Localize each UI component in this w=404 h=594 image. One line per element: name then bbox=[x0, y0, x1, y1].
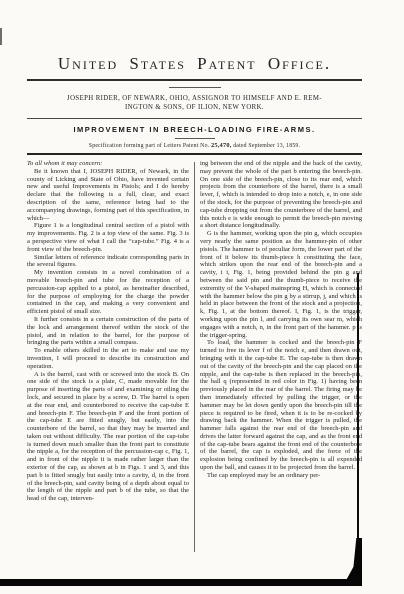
scan-artifact-left-mark bbox=[0, 28, 2, 45]
header-rule bbox=[27, 79, 362, 81]
column-divider bbox=[194, 162, 195, 552]
paragraph-salutation: To all whom it may concern: bbox=[27, 160, 189, 168]
paragraph: Similar letters of reference indicate co… bbox=[27, 254, 189, 270]
paragraph-continuation: ing between the end of the nipple and th… bbox=[200, 160, 362, 230]
grant-statement: JOSEPH RIDER, OF NEWARK, OHIO, ASSIGNOR … bbox=[27, 94, 362, 112]
title-divider-rule bbox=[175, 138, 215, 139]
patent-document-page: United States Patent Office. JOSEPH RIDE… bbox=[0, 0, 404, 594]
invention-title: IMPROVEMENT IN BREECH-LOADING FIRE-ARMS. bbox=[27, 125, 362, 134]
paragraph: The cap employed may be an ordinary per- bbox=[200, 472, 362, 480]
paragraph: It further consists in a certain constru… bbox=[27, 316, 189, 347]
grant-statement-line-1: JOSEPH RIDER, OF NEWARK, OHIO, ASSIGNOR … bbox=[27, 94, 362, 103]
column-left: To all whom it may concern: Be it known … bbox=[27, 160, 189, 553]
patent-number: 25,470, bbox=[211, 142, 232, 149]
paragraph: Figure 1 is a longitudinal central secti… bbox=[27, 222, 189, 253]
patent-office-title: United States Patent Office. bbox=[27, 54, 362, 74]
specification-prefix: Specification forming part of Letters Pa… bbox=[89, 143, 211, 149]
paragraph: My invention consists in a novel combina… bbox=[27, 269, 189, 316]
specification-suffix: dated September 13, 1859. bbox=[232, 143, 301, 149]
grant-rule bbox=[27, 118, 362, 119]
short-divider-rule bbox=[169, 87, 221, 88]
scan-artifact-bottom-bar bbox=[0, 579, 361, 586]
specification-line: Specification forming part of Letters Pa… bbox=[27, 142, 362, 149]
paragraph: To load, the hammer is cocked and the br… bbox=[200, 339, 362, 472]
column-right: ing between the end of the nipple and th… bbox=[200, 160, 362, 553]
paragraph: Be it known that I, JOSEPH RIDER, of New… bbox=[27, 168, 189, 223]
paragraph: G is the hammer, working upon the pin g,… bbox=[200, 230, 362, 339]
paragraph: A is the barrel, cast with or screwed in… bbox=[27, 371, 189, 504]
body-columns: To all whom it may concern: Be it known … bbox=[27, 160, 362, 553]
scan-artifact-right-edge bbox=[357, 273, 359, 545]
page-content: United States Patent Office. JOSEPH RIDE… bbox=[0, 54, 404, 553]
paragraph: To enable others skilled in the art to m… bbox=[27, 347, 189, 370]
specification-rule bbox=[27, 153, 362, 155]
grant-statement-line-2: INGTON & SONS, OF ILION, NEW YORK. bbox=[27, 103, 362, 112]
